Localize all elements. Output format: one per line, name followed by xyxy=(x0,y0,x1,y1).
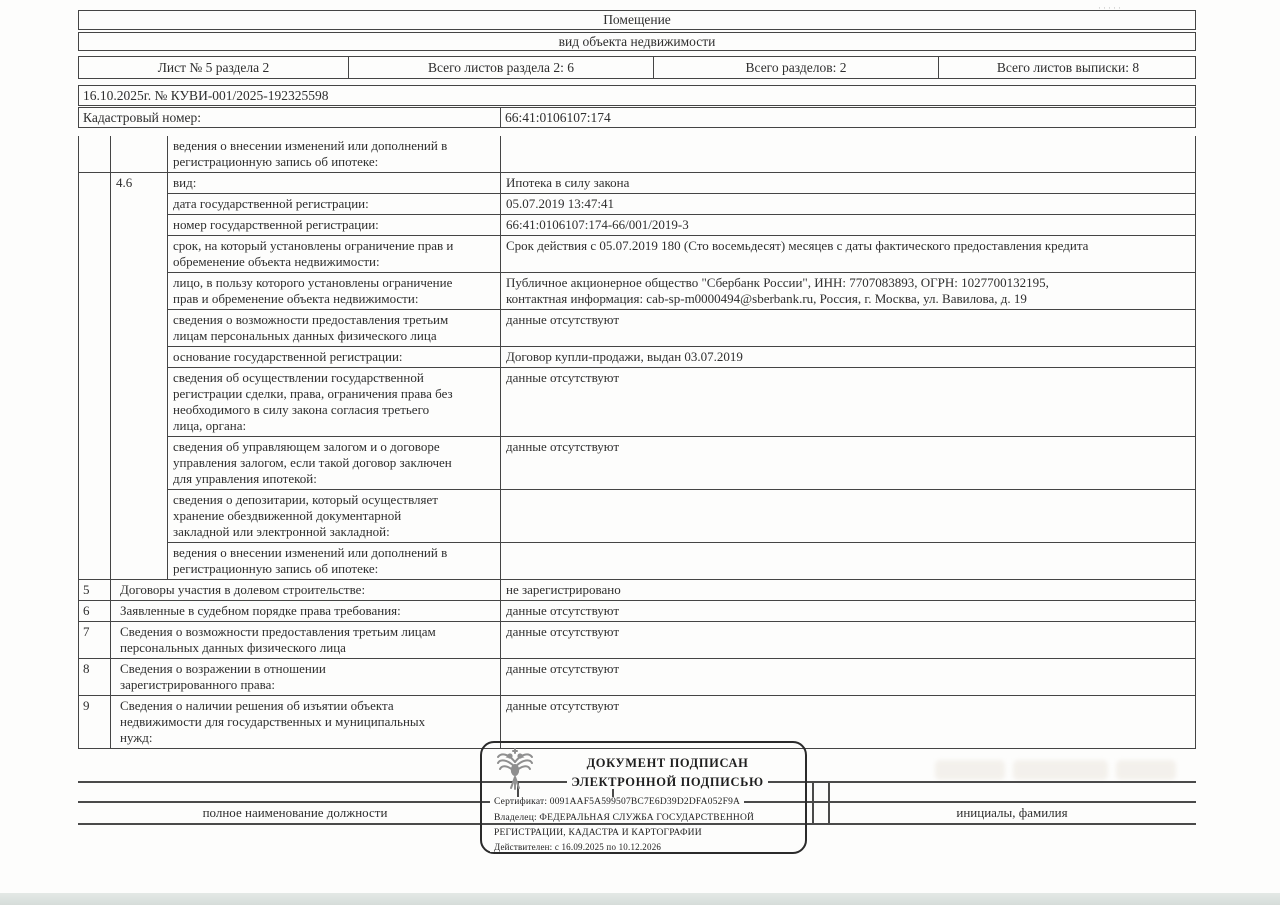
sheet-info-cell: Лист № 5 раздела 2 xyxy=(79,57,349,78)
section-4-6: 4.6 вид: Ипотека в силу закона дата госу… xyxy=(79,173,1195,580)
object-type-caption: вид объекта недвижимости xyxy=(78,32,1196,51)
row-label: Договоры участия в долевом строительстве… xyxy=(111,580,501,600)
main-table: ведения о внесении изменений или дополне… xyxy=(78,136,1196,749)
cadastral-number-row: Кадастровый номер: 66:41:0106107:174 xyxy=(78,107,1196,128)
table-row: 7 Сведения о возможности предоставления … xyxy=(79,622,1195,659)
table-row: срок, на который установлены ограничение… xyxy=(168,236,1195,273)
document-number-row: 16.10.2025г. № КУВИ-001/2025-192325598 xyxy=(78,85,1196,106)
row-value: данные отсутствуют xyxy=(501,622,1195,658)
row-label: ведения о внесении изменений или дополне… xyxy=(168,543,501,579)
row-number-cell xyxy=(79,136,111,172)
row-value: данные отсутствуют xyxy=(501,368,1195,436)
row-value: данные отсутствуют xyxy=(501,601,1195,621)
row-value: Срок действия с 05.07.2019 180 (Сто восе… xyxy=(501,236,1195,272)
row-label: вид: xyxy=(168,173,501,193)
row-label: сведения о возможности предоставления тр… xyxy=(168,310,501,346)
row-value: 05.07.2019 13:47:41 xyxy=(501,194,1195,214)
row-value: данные отсутствуют xyxy=(501,659,1195,695)
numbered-rows: 5 Договоры участия в долевом строительст… xyxy=(79,580,1195,749)
stamp-owner-line1: Владелец: ФЕДЕРАЛЬНАЯ СЛУЖБА ГОСУДАРСТВЕ… xyxy=(490,813,799,823)
watermark-blot xyxy=(1013,760,1108,780)
table-row: вид: Ипотека в силу закона xyxy=(168,173,1195,194)
table-row: основание государственной регистрации: Д… xyxy=(168,347,1195,368)
table-row: сведения о депозитарии, который осуществ… xyxy=(168,490,1195,543)
section-4-6-rows: вид: Ипотека в силу закона дата государс… xyxy=(168,173,1195,579)
row-subnumber-cell xyxy=(111,136,168,172)
watermark xyxy=(935,752,1193,788)
row-value: Договор купли-продажи, выдан 03.07.2019 xyxy=(501,347,1195,367)
row-label: сведения об осуществлении государственно… xyxy=(168,368,501,436)
cadastral-label: Кадастровый номер: xyxy=(79,108,501,127)
bottom-bar xyxy=(0,893,1280,905)
row-value: данные отсутствуют xyxy=(501,310,1195,346)
row-value: 66:41:0106107:174-66/001/2019-3 xyxy=(501,215,1195,235)
row-number: 7 xyxy=(79,622,111,658)
row-value: не зарегистрировано xyxy=(501,580,1195,600)
row-label: Сведения о возражении в отношении зареги… xyxy=(111,659,501,695)
stamp-validity: Действителен: с 16.09.2025 по 10.12.2026 xyxy=(490,842,799,852)
sheet-info-cell: Всего разделов: 2 xyxy=(654,57,939,78)
row-number: 9 xyxy=(79,696,111,748)
electronic-signature-stamp: ДОКУМЕНТ ПОДПИСАН ЭЛЕКТРОННОЙ ПОДПИСЬЮ С… xyxy=(480,741,807,854)
row-number-cell xyxy=(79,173,111,579)
table-row: ведения о внесении изменений или дополне… xyxy=(168,543,1195,579)
position-title-label: полное наименование должности xyxy=(78,805,512,821)
stamp-title-line2: ЭЛЕКТРОННОЙ ПОДПИСЬЮ xyxy=(536,775,799,790)
signature-divider xyxy=(812,781,814,823)
table-row: сведения о возможности предоставления тр… xyxy=(168,310,1195,347)
document-page: ····· Помещение вид объекта недвижимости… xyxy=(0,0,1280,905)
row-label: дата государственной регистрации: xyxy=(168,194,501,214)
sheet-info-cell: Всего листов выписки: 8 xyxy=(939,57,1197,78)
table-row: номер государственной регистрации: 66:41… xyxy=(168,215,1195,236)
row-label: Сведения о наличии решения об изъятии об… xyxy=(111,696,501,748)
stamp-title-line1: ДОКУМЕНТ ПОДПИСАН xyxy=(536,756,799,771)
row-label: сведения об управляющем залогом и о дого… xyxy=(168,437,501,489)
row-number: 5 xyxy=(79,580,111,600)
row-value xyxy=(501,490,1195,542)
object-type-title: Помещение xyxy=(78,10,1196,30)
row-value: Ипотека в силу закона xyxy=(501,173,1195,193)
table-row: 5 Договоры участия в долевом строительст… xyxy=(79,580,1195,601)
row-value: Публичное акционерное общество "Сбербанк… xyxy=(501,273,1195,309)
row-value: данные отсутствуют xyxy=(501,437,1195,489)
row-label: лицо, в пользу которого установлены огра… xyxy=(168,273,501,309)
watermark-blot xyxy=(935,760,1005,780)
row-label: номер государственной регистрации: xyxy=(168,215,501,235)
double-headed-eagle-icon xyxy=(495,746,535,796)
stamp-owner-line2: РЕГИСТРАЦИИ, КАДАСТРА И КАРТОГРАФИИ xyxy=(490,828,799,838)
table-row: 6 Заявленные в судебном порядке права тр… xyxy=(79,601,1195,622)
row-number: 6 xyxy=(79,601,111,621)
row-value xyxy=(501,543,1195,579)
row-label: ведения о внесении изменений или дополне… xyxy=(168,136,501,172)
row-label: сведения о депозитарии, который осуществ… xyxy=(168,490,501,542)
sheet-info-row: Лист № 5 раздела 2 Всего листов раздела … xyxy=(78,56,1196,79)
watermark-blot xyxy=(1116,760,1176,780)
row-label: Заявленные в судебном порядке права треб… xyxy=(111,601,501,621)
sheet-info-cell: Всего листов раздела 2: 6 xyxy=(349,57,654,78)
row-value xyxy=(501,136,1195,172)
table-row: лицо, в пользу которого установлены огра… xyxy=(168,273,1195,310)
row-number: 8 xyxy=(79,659,111,695)
table-row: сведения об осуществлении государственно… xyxy=(168,368,1195,437)
table-row: дата государственной регистрации: 05.07.… xyxy=(168,194,1195,215)
table-row-continuation: ведения о внесении изменений или дополне… xyxy=(79,136,1195,173)
row-label: срок, на который установлены ограничение… xyxy=(168,236,501,272)
initials-surname-label: инициалы, фамилия xyxy=(828,805,1196,821)
stamp-certificate: Сертификат: 0091AAF5A599507BC7E6D39D2DFA… xyxy=(490,797,799,807)
row-number: 4.6 xyxy=(111,173,168,579)
table-row: сведения об управляющем залогом и о дого… xyxy=(168,437,1195,490)
table-row: 8 Сведения о возражении в отношении заре… xyxy=(79,659,1195,696)
row-label: Сведения о возможности предоставления тр… xyxy=(111,622,501,658)
cadastral-value: 66:41:0106107:174 xyxy=(501,108,1195,127)
row-label: основание государственной регистрации: xyxy=(168,347,501,367)
